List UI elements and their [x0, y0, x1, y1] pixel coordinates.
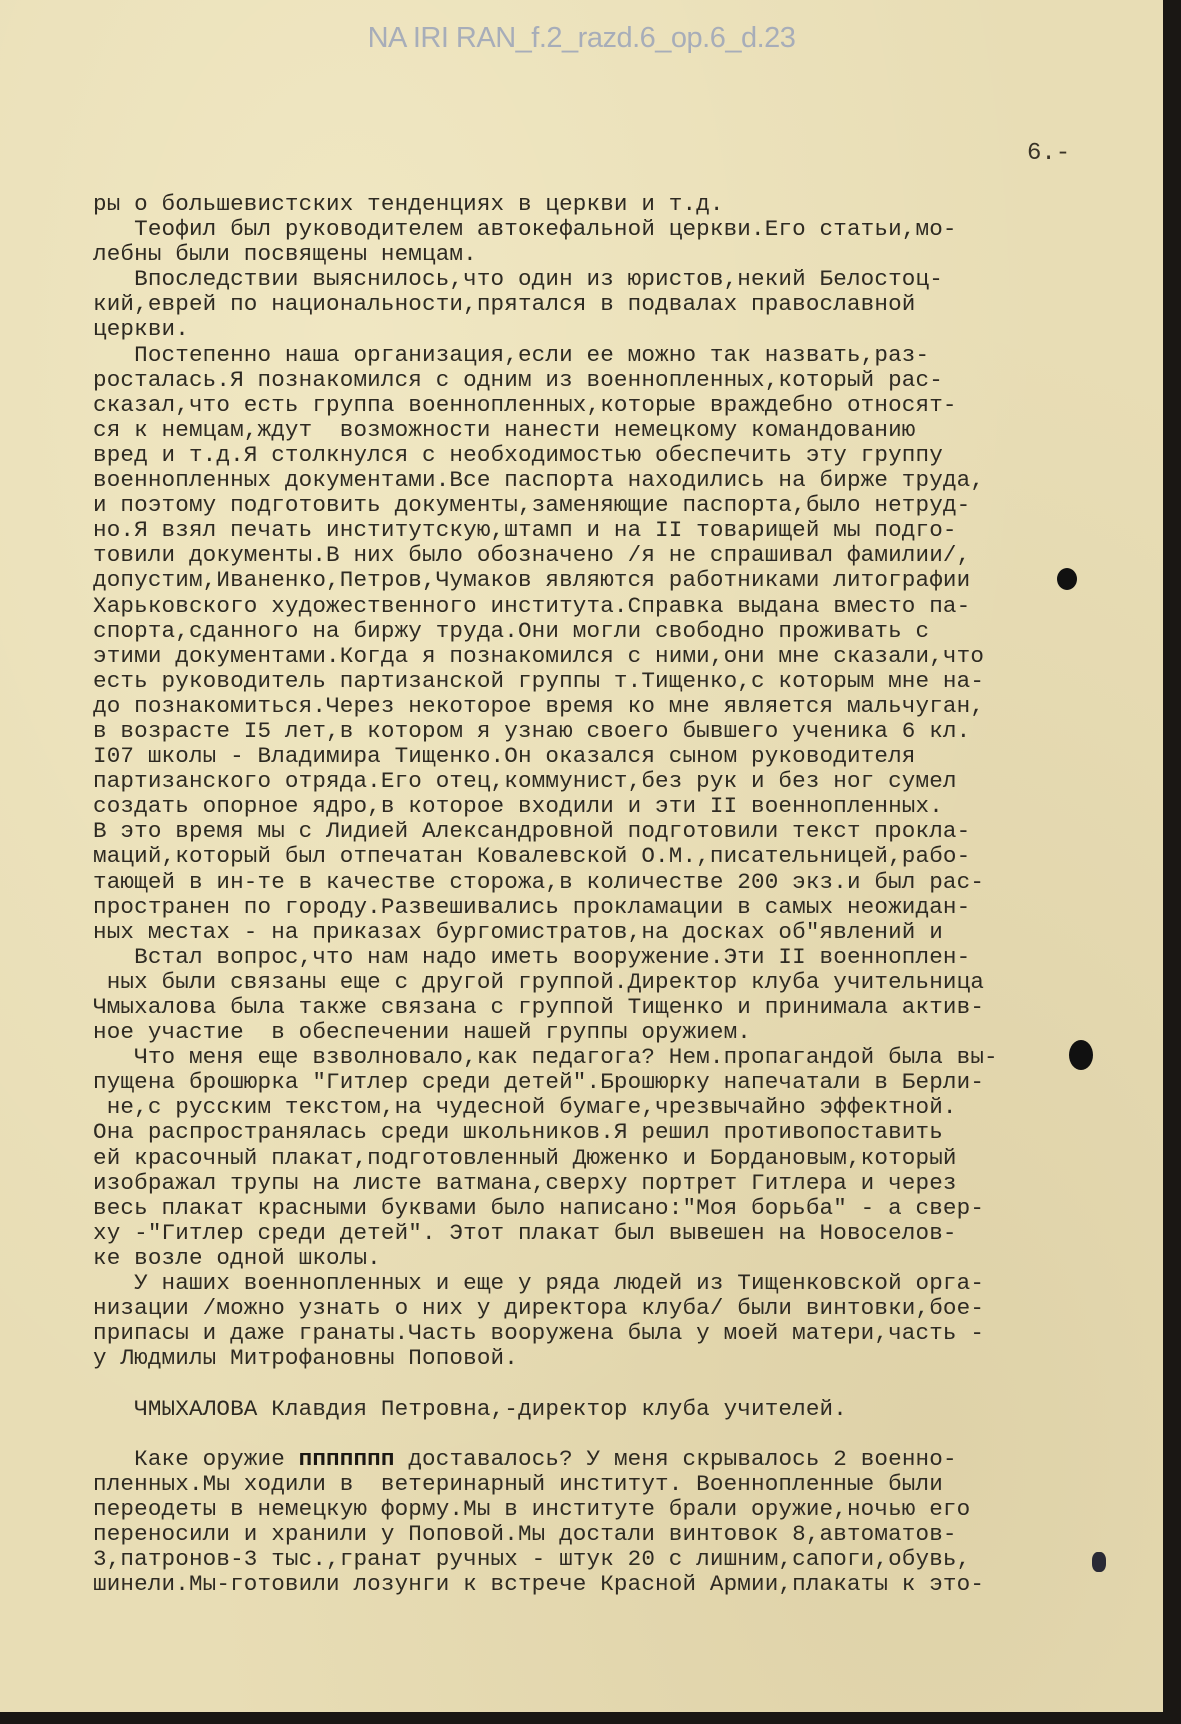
text-line: весь плакат красными буквами было написа…: [93, 1196, 1163, 1221]
text-line: военнопленных документами.Все паспорта н…: [93, 468, 1163, 493]
text-line: I07 школы - Владимира Тищенко.Он оказалс…: [93, 744, 1163, 769]
text-line: Чмыхалова была также связана с группой Т…: [93, 995, 1163, 1020]
text-line: 3,патронов-3 тыс.,гранат ручных - штук 2…: [93, 1547, 1163, 1572]
ink-blot: [1057, 568, 1077, 590]
text-line: низации /можно узнать о них у директора …: [93, 1296, 1163, 1321]
ink-blot: [1069, 1040, 1093, 1070]
document-page: NA IRI RAN_f.2_razd.6_op.6_d.23 6.- ры о…: [0, 0, 1163, 1712]
text-line: до познакомиться.Через некоторое время к…: [93, 694, 1163, 719]
archive-watermark: NA IRI RAN_f.2_razd.6_op.6_d.23: [0, 22, 1163, 55]
spacer: [93, 1371, 1163, 1396]
text-line: припасы и даже гранаты.Часть вооружена б…: [93, 1321, 1163, 1346]
text-line: Впоследствии выяснилось,что один из юрис…: [93, 267, 1163, 292]
text-line: изображал трупы на листе ватмана,сверху …: [93, 1171, 1163, 1196]
text-line: ных местах - на приказах бургомистратов,…: [93, 920, 1163, 945]
text-line: ке возле одной школы.: [93, 1246, 1163, 1271]
text-line: ху -"Гитлер среди детей". Этот плакат бы…: [93, 1221, 1163, 1246]
text-line: создать опорное ядро,в которое входили и…: [93, 794, 1163, 819]
text-line: пространен по городу.Развешивались прокл…: [93, 895, 1163, 920]
text-line: ных были связаны еще с другой группой.Ди…: [93, 970, 1163, 995]
text-line: ры о большевистских тенденциях в церкви …: [93, 192, 1163, 217]
typewritten-body: ры о большевистских тенденциях в церкви …: [93, 192, 1163, 1597]
text-line: не,с русским текстом,на чудесной бумаге,…: [93, 1095, 1163, 1120]
text-line: кий,еврей по национальности,прятался в п…: [93, 292, 1163, 317]
text-line: У наших военнопленных и еще у ряда людей…: [93, 1271, 1163, 1296]
text-line: ей красочный плакат,подготовленный Дюжен…: [93, 1146, 1163, 1171]
struck-out-word: ппппппп: [299, 1446, 395, 1472]
text-line: переносили и хранили у Поповой.Мы достал…: [93, 1522, 1163, 1547]
text-fragment: Каке оружие: [93, 1446, 299, 1472]
page-number: 6.-: [1027, 140, 1070, 167]
text-line: Постепенно наша организация,если ее можн…: [93, 343, 1163, 368]
text-line: и поэтому подготовить документы,заменяющ…: [93, 493, 1163, 518]
section-heading: ЧМЫХАЛОВА Клавдия Петровна,-директор клу…: [93, 1397, 1163, 1422]
text-line: Что меня еще взволновало,как педагога? Н…: [93, 1045, 1163, 1070]
text-line: ся к немцам,ждут возможности нанести нем…: [93, 418, 1163, 443]
text-line: спорта,сданного на биржу труда.Они могли…: [93, 619, 1163, 644]
text-line: пленных.Мы ходили в ветеринарный институ…: [93, 1472, 1163, 1497]
text-line: В это время мы с Лидией Александровной п…: [93, 819, 1163, 844]
ink-blot: [1092, 1552, 1106, 1572]
text-line: росталась.Я познакомился с одним из воен…: [93, 368, 1163, 393]
text-line: в возрасте I5 лет,в котором я узнаю свое…: [93, 719, 1163, 744]
text-line: шинели.Мы-готовили лозунги к встрече Кра…: [93, 1572, 1163, 1597]
text-line: Встал вопрос,что нам надо иметь вооружен…: [93, 945, 1163, 970]
text-line: пущена брошюрка "Гитлер среди детей".Бро…: [93, 1070, 1163, 1095]
text-line: церкви.: [93, 317, 1163, 342]
text-line: у Людмилы Митрофановны Поповой.: [93, 1346, 1163, 1371]
text-line: ное участие в обеспечении нашей группы о…: [93, 1020, 1163, 1045]
text-line: Теофил был руководителем автокефальной ц…: [93, 217, 1163, 242]
text-line: Каке оружие ппппппп доставалось? У меня …: [93, 1447, 1163, 1472]
spacer: [93, 1422, 1163, 1447]
text-line: лебны были посвящены немцам.: [93, 242, 1163, 267]
text-line: товили документы.В них было обозначено /…: [93, 543, 1163, 568]
text-line: Харьковского художественного института.С…: [93, 594, 1163, 619]
text-line: но.Я взял печать институтскую,штамп и на…: [93, 518, 1163, 543]
text-line: тающей в ин-те в качестве сторожа,в коли…: [93, 870, 1163, 895]
text-line: сказал,что есть группа военнопленных,кот…: [93, 393, 1163, 418]
text-fragment: доставалось? У меня скрывалось 2 военно-: [395, 1446, 957, 1472]
text-line: Она распространялась среди школьников.Я …: [93, 1120, 1163, 1145]
text-line: есть руководитель партизанской группы т.…: [93, 669, 1163, 694]
text-line: маций,который был отпечатан Ковалевской …: [93, 844, 1163, 869]
text-line: переодеты в немецкую форму.Мы в институт…: [93, 1497, 1163, 1522]
text-line: вред и т.д.Я столкнулся с необходимостью…: [93, 443, 1163, 468]
text-line: допустим,Иваненко,Петров,Чумаков являютс…: [93, 568, 1163, 593]
text-line: этими документами.Когда я познакомился с…: [93, 644, 1163, 669]
text-line: партизанского отряда.Его отец,коммунист,…: [93, 769, 1163, 794]
